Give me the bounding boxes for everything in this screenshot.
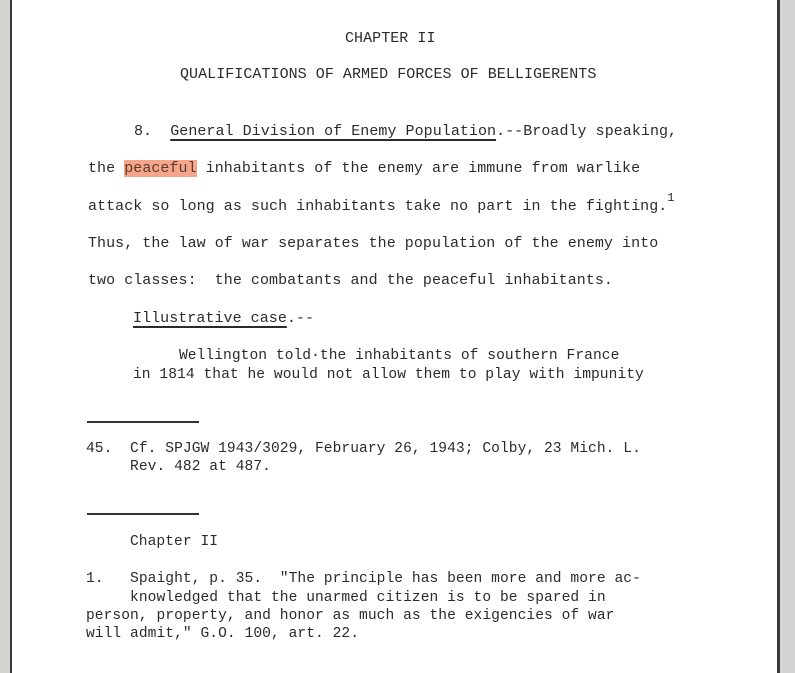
- text-segment: attack so long as such inhabitants take …: [88, 198, 667, 215]
- text-segment: inhabitants of the enemy are immune from…: [197, 160, 641, 177]
- note-1-line-4: will admit," G.O. 100, art. 22.: [86, 625, 359, 643]
- illustrative-case-heading: Illustrative case.--: [133, 310, 314, 328]
- paragraph-line-4: Thus, the law of war separates the popul…: [88, 235, 658, 253]
- chapter-notes-heading: Chapter II: [130, 533, 218, 551]
- note-1-line-3: person, property, and honor as much as t…: [86, 607, 614, 625]
- illustrative-case-suffix: .--: [287, 310, 314, 327]
- chapter-heading: CHAPTER II: [345, 30, 436, 48]
- notes-divider: [87, 513, 199, 515]
- quote-line-1: Wellington told·the inhabitants of south…: [179, 347, 619, 365]
- search-highlight[interactable]: peaceful: [124, 160, 196, 177]
- document-page: CHAPTER II QUALIFICATIONS OF ARMED FORCE…: [10, 0, 780, 673]
- note-1-line-1: 1. Spaight, p. 35. "The principle has be…: [86, 570, 641, 588]
- footnote-reference: 1: [667, 191, 674, 205]
- footnote-divider: [87, 421, 199, 423]
- paragraph-line-3: attack so long as such inhabitants take …: [88, 198, 675, 216]
- footnote-45-line-1: 45. Cf. SPJGW 1943/3029, February 26, 19…: [86, 440, 641, 458]
- section-heading-line: 8. General Division of Enemy Population.…: [134, 123, 677, 141]
- quote-line-2: in 1814 that he would not allow them to …: [133, 366, 644, 384]
- chapter-title: QUALIFICATIONS OF ARMED FORCES OF BELLIG…: [180, 66, 596, 84]
- paragraph-line-5: two classes: the combatants and the peac…: [88, 272, 613, 290]
- section-heading-suffix: .--Broadly speaking,: [496, 123, 677, 140]
- section-heading: General Division of Enemy Population: [170, 123, 496, 140]
- note-1-line-2: knowledged that the unarmed citizen is t…: [86, 589, 606, 607]
- section-number: 8.: [134, 123, 152, 140]
- illustrative-case-label: Illustrative case: [133, 310, 287, 327]
- text-segment: the: [88, 160, 124, 177]
- paragraph-line-2: the peaceful inhabitants of the enemy ar…: [88, 160, 640, 178]
- footnote-45-line-2: Rev. 482 at 487.: [86, 458, 271, 476]
